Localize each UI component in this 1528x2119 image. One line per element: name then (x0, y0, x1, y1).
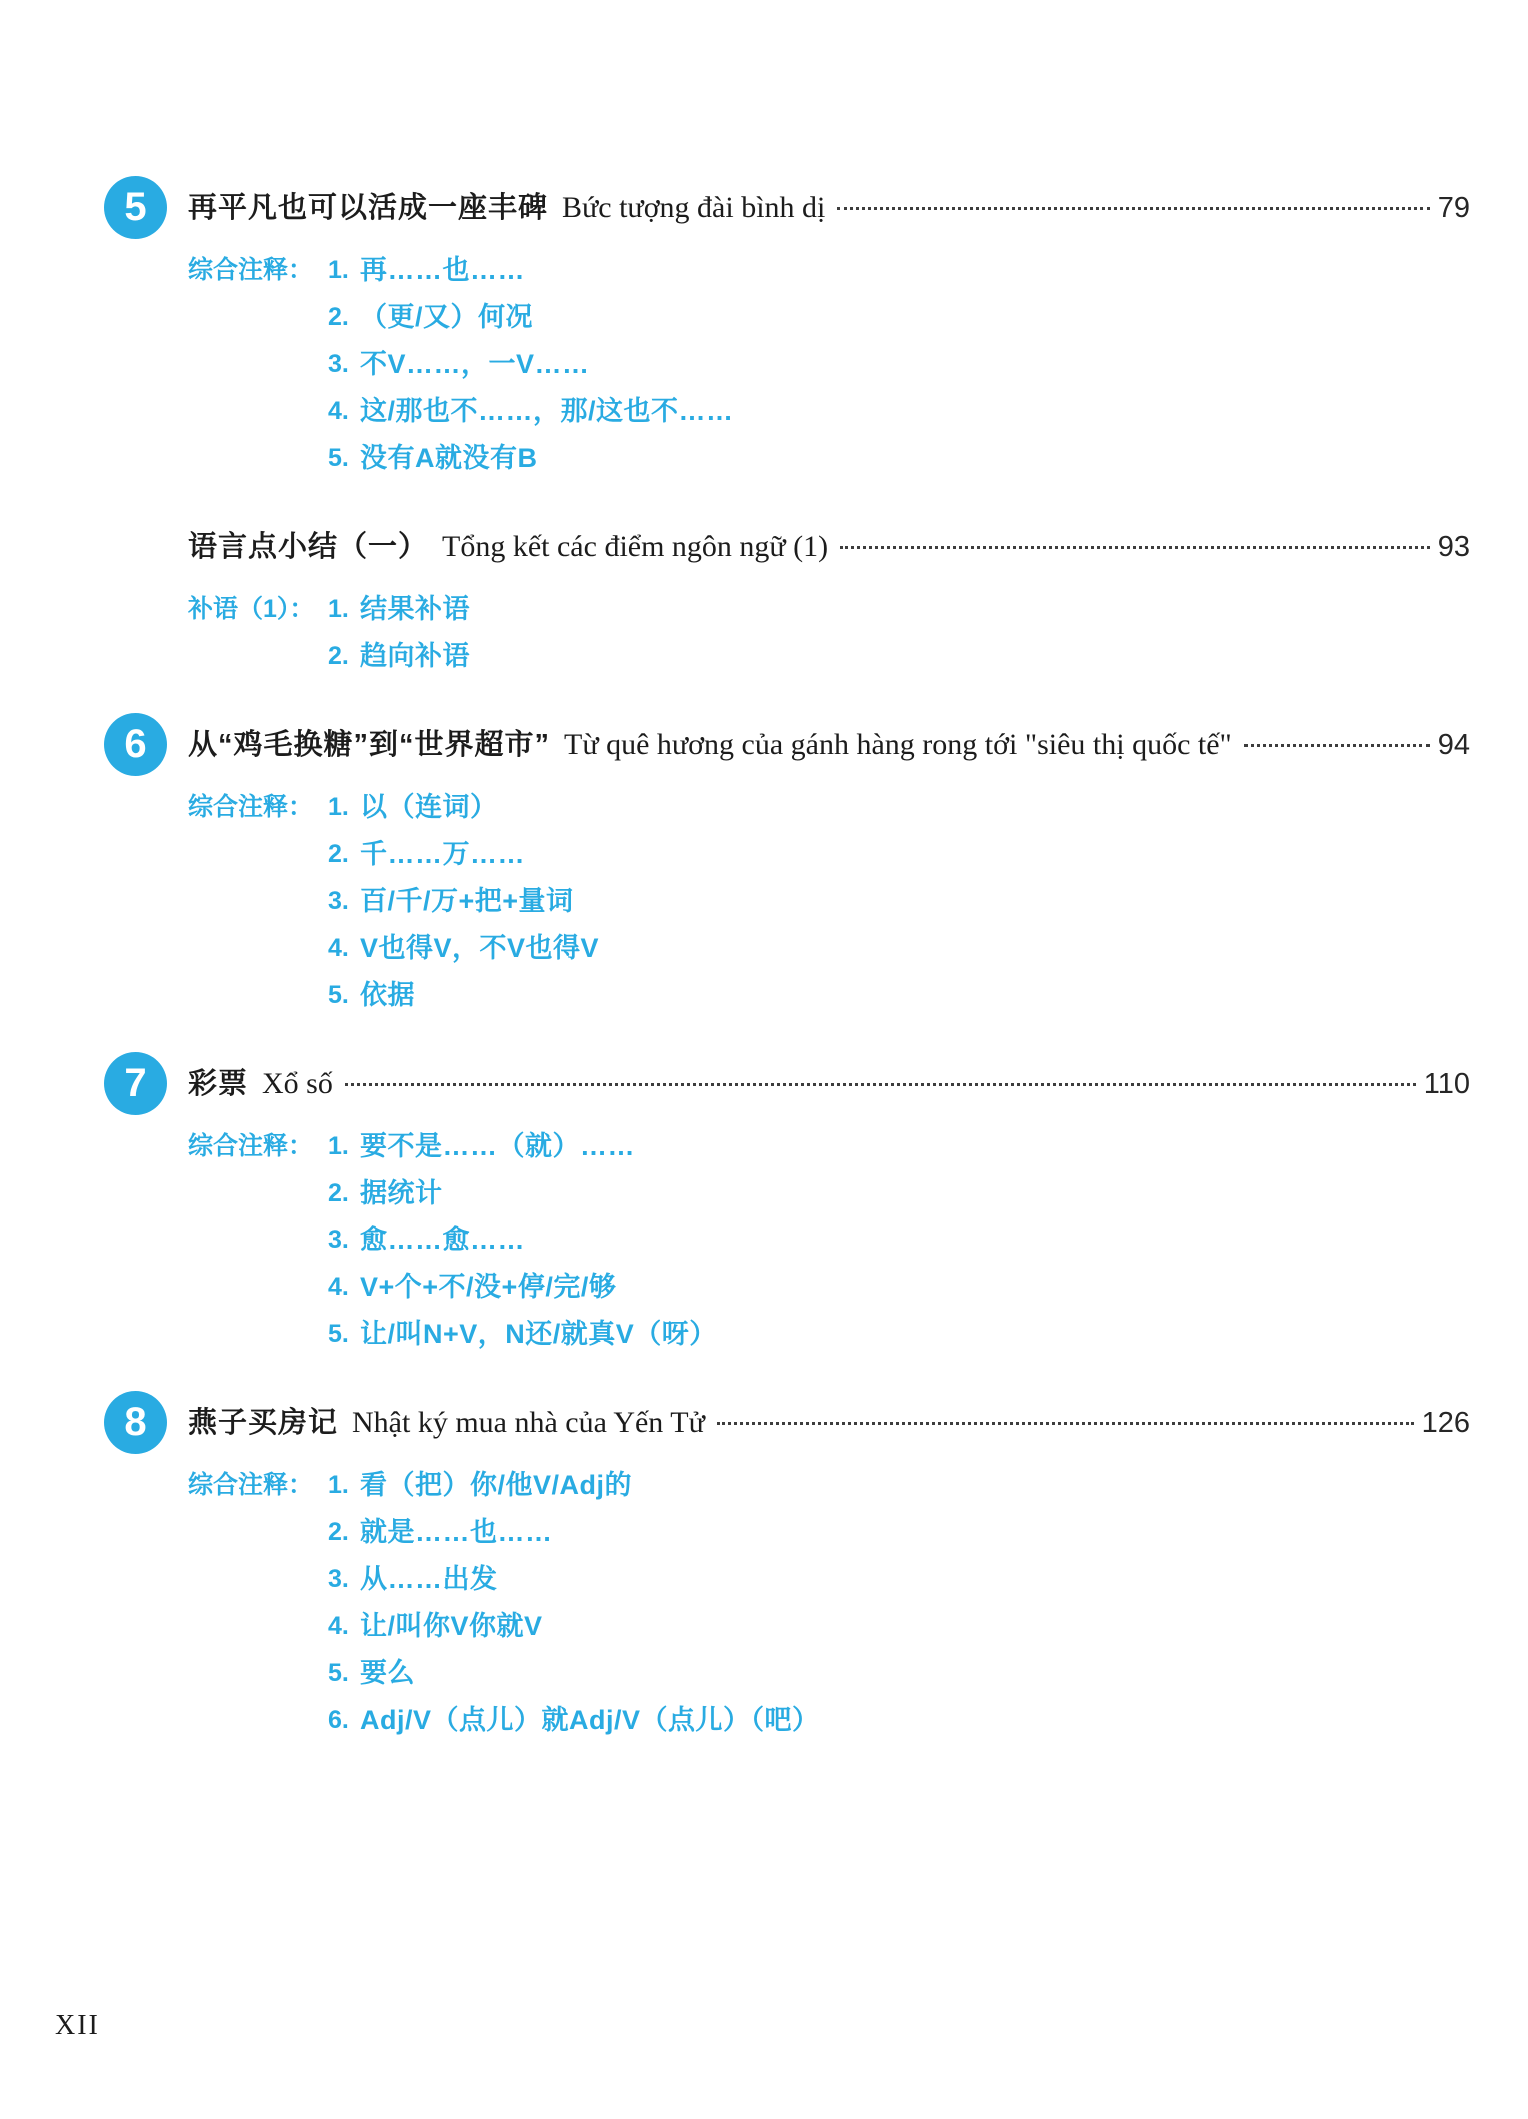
notes-list: 1.再……也…… 2.（更/又）何况 3.不V……，一V…… 4.这/那也不……… (328, 247, 734, 482)
toc-entry-6: 6 从“鸡毛换糖”到“世界超市” Từ quê hương của gánh h… (188, 722, 1470, 1019)
note-item: 5.要么 (328, 1650, 820, 1697)
notes-list: 1.结果补语 2.趋向补语 (328, 586, 470, 680)
lesson-title-zh: 再平凡也可以活成一座丰碑 (188, 185, 548, 226)
toc-entry-7: 7 彩票 Xổ số 110 综合注释： 1.要不是……（就）…… 2.据统计 … (188, 1061, 1470, 1358)
note-item-text: 依据 (360, 972, 415, 1019)
note-item: 3.从……出发 (328, 1556, 820, 1603)
note-item-text: 要么 (360, 1650, 415, 1697)
note-item: 4.让/叫你V你就V (328, 1603, 820, 1650)
note-item: 1.要不是……（就）…… (328, 1123, 717, 1170)
note-item: 5.没有A就没有B (328, 435, 734, 482)
notes-label: 综合注释： (188, 247, 328, 294)
lesson-title-vi: Bức tượng đài bình dị (562, 191, 825, 225)
note-item-number: 3. (328, 1556, 360, 1603)
note-item: 2.趋向补语 (328, 633, 470, 680)
notes-block: 综合注释： 1.再……也…… 2.（更/又）何况 3.不V……，一V…… 4.这… (188, 247, 1470, 482)
note-item: 6.Adj/V（点儿）就Adj/V（点儿）（吧） (328, 1697, 820, 1744)
notes-label: 补语（1）： (188, 586, 328, 633)
note-item: 2.据统计 (328, 1170, 717, 1217)
note-item-number: 2. (328, 633, 360, 680)
note-item: 3.愈……愈…… (328, 1217, 717, 1264)
note-item-number: 1. (328, 784, 360, 831)
note-item-number: 1. (328, 247, 360, 294)
page-number: 94 (1438, 729, 1470, 762)
note-item-text: 就是……也…… (360, 1509, 553, 1556)
note-item-text: Adj/V（点儿）就Adj/V（点儿）（吧） (360, 1697, 820, 1744)
notes-block: 综合注释： 1.看（把）你/他V/Adj的 2.就是……也…… 3.从……出发 … (188, 1462, 1470, 1744)
page-number: 126 (1422, 1407, 1470, 1440)
page-number: 93 (1438, 531, 1470, 564)
note-item-number: 1. (328, 1123, 360, 1170)
note-item-text: 让/叫N+V，N还/就真V（呀） (360, 1311, 717, 1358)
note-item-text: V也得V，不V也得V (360, 925, 599, 972)
note-item-text: （更/又）何况 (360, 294, 533, 341)
note-item: 4.V+个+不/没+停/完/够 (328, 1264, 717, 1311)
note-item-text: 让/叫你V你就V (360, 1603, 543, 1650)
note-item-text: 要不是……（就）…… (360, 1123, 635, 1170)
note-item-number: 2. (328, 831, 360, 878)
toc-title-row: 语言点小结（一） Tổng kết các điểm ngôn ngữ (1) … (188, 524, 1470, 568)
note-item-number: 4. (328, 1264, 360, 1311)
lesson-title-zh: 彩票 (188, 1061, 248, 1102)
note-item-number: 1. (328, 586, 360, 633)
notes-list: 1.要不是……（就）…… 2.据统计 3.愈……愈…… 4.V+个+不/没+停/… (328, 1123, 717, 1358)
notes-list: 1.看（把）你/他V/Adj的 2.就是……也…… 3.从……出发 4.让/叫你… (328, 1462, 820, 1744)
toc-title-row: 燕子买房记 Nhật ký mua nhà của Yến Tử 126 (188, 1400, 1470, 1444)
lesson-title-vi: Nhật ký mua nhà của Yến Tử (352, 1406, 705, 1440)
dot-leader (840, 546, 1430, 549)
lesson-number-badge: 7 (104, 1052, 167, 1115)
note-item-text: 这/那也不……，那/这也不…… (360, 388, 734, 435)
note-item-number: 5. (328, 435, 360, 482)
lesson-title-zh: 燕子买房记 (188, 1400, 338, 1441)
note-item: 4.这/那也不……，那/这也不…… (328, 388, 734, 435)
note-item-text: V+个+不/没+停/完/够 (360, 1264, 616, 1311)
note-item-number: 2. (328, 1170, 360, 1217)
notes-block: 综合注释： 1.要不是……（就）…… 2.据统计 3.愈……愈…… 4.V+个+… (188, 1123, 1470, 1358)
summary-title-vi: Tổng kết các điểm ngôn ngữ (1) (442, 530, 828, 564)
note-item-number: 1. (328, 1462, 360, 1509)
note-item-number: 5. (328, 972, 360, 1019)
note-item: 2.（更/又）何况 (328, 294, 734, 341)
toc-entry-8: 8 燕子买房记 Nhật ký mua nhà của Yến Tử 126 综… (188, 1400, 1470, 1744)
note-item-text: 没有A就没有B (360, 435, 538, 482)
notes-label: 综合注释： (188, 784, 328, 831)
dot-leader (345, 1083, 1416, 1086)
toc-title-row: 再平凡也可以活成一座丰碑 Bức tượng đài bình dị 79 (188, 185, 1470, 229)
note-item-text: 看（把）你/他V/Adj的 (360, 1462, 632, 1509)
lesson-title-vi: Xổ số (262, 1067, 333, 1101)
note-item-text: 从……出发 (360, 1556, 498, 1603)
note-item: 2.就是……也…… (328, 1509, 820, 1556)
note-item-text: 据统计 (360, 1170, 443, 1217)
note-item: 2.千……万…… (328, 831, 599, 878)
note-item-number: 3. (328, 878, 360, 925)
note-item-text: 再……也…… (360, 247, 525, 294)
note-item-number: 3. (328, 1217, 360, 1264)
note-item-number: 5. (328, 1650, 360, 1697)
notes-label: 综合注释： (188, 1462, 328, 1509)
page-footer-roman-numeral: XII (55, 2010, 100, 2042)
notes-list: 1.以（连词） 2.千……万…… 3.百/千/万+把+量词 4.V也得V，不V也… (328, 784, 599, 1019)
note-item-text: 不V……，一V…… (360, 341, 590, 388)
dot-leader (717, 1422, 1414, 1425)
lesson-number-badge: 8 (104, 1391, 167, 1454)
note-item-number: 3. (328, 341, 360, 388)
note-item-text: 趋向补语 (360, 633, 470, 680)
lesson-number-badge: 6 (104, 713, 167, 776)
lesson-number-badge: 5 (104, 176, 167, 239)
page-number: 110 (1424, 1068, 1470, 1101)
note-item: 1.看（把）你/他V/Adj的 (328, 1462, 820, 1509)
note-item-number: 6. (328, 1697, 360, 1744)
note-item: 3.百/千/万+把+量词 (328, 878, 599, 925)
notes-block: 补语（1）： 1.结果补语 2.趋向补语 (188, 586, 1470, 680)
note-item-text: 愈……愈…… (360, 1217, 525, 1264)
note-item: 3.不V……，一V…… (328, 341, 734, 388)
summary-title-zh: 语言点小结（一） (188, 524, 428, 565)
note-item: 5.依据 (328, 972, 599, 1019)
toc-title-row: 彩票 Xổ số 110 (188, 1061, 1470, 1105)
dot-leader (837, 207, 1429, 210)
dot-leader (1244, 744, 1430, 747)
toc-entry-5: 5 再平凡也可以活成一座丰碑 Bức tượng đài bình dị 79 … (188, 185, 1470, 482)
lesson-title-zh: 从“鸡毛换糖”到“世界超市” (188, 722, 550, 763)
note-item: 1.以（连词） (328, 784, 599, 831)
note-item: 1.再……也…… (328, 247, 734, 294)
note-item-number: 4. (328, 925, 360, 972)
lesson-title-vi: Từ quê hương của gánh hàng rong tới "siê… (564, 728, 1232, 762)
note-item: 4.V也得V，不V也得V (328, 925, 599, 972)
note-item: 5.让/叫N+V，N还/就真V（呀） (328, 1311, 717, 1358)
note-item-text: 结果补语 (360, 586, 470, 633)
notes-label: 综合注释： (188, 1123, 328, 1170)
toc-summary-1: 语言点小结（一） Tổng kết các điểm ngôn ngữ (1) … (188, 524, 1470, 680)
note-item-number: 2. (328, 1509, 360, 1556)
note-item: 1.结果补语 (328, 586, 470, 633)
note-item-text: 千……万…… (360, 831, 525, 878)
notes-block: 综合注释： 1.以（连词） 2.千……万…… 3.百/千/万+把+量词 4.V也… (188, 784, 1470, 1019)
note-item-number: 2. (328, 294, 360, 341)
note-item-text: 以（连词） (360, 784, 498, 831)
toc-title-row: 从“鸡毛换糖”到“世界超市” Từ quê hương của gánh hàn… (188, 722, 1470, 766)
note-item-number: 4. (328, 1603, 360, 1650)
note-item-number: 4. (328, 388, 360, 435)
page-number: 79 (1438, 192, 1470, 225)
note-item-number: 5. (328, 1311, 360, 1358)
note-item-text: 百/千/万+把+量词 (360, 878, 574, 925)
